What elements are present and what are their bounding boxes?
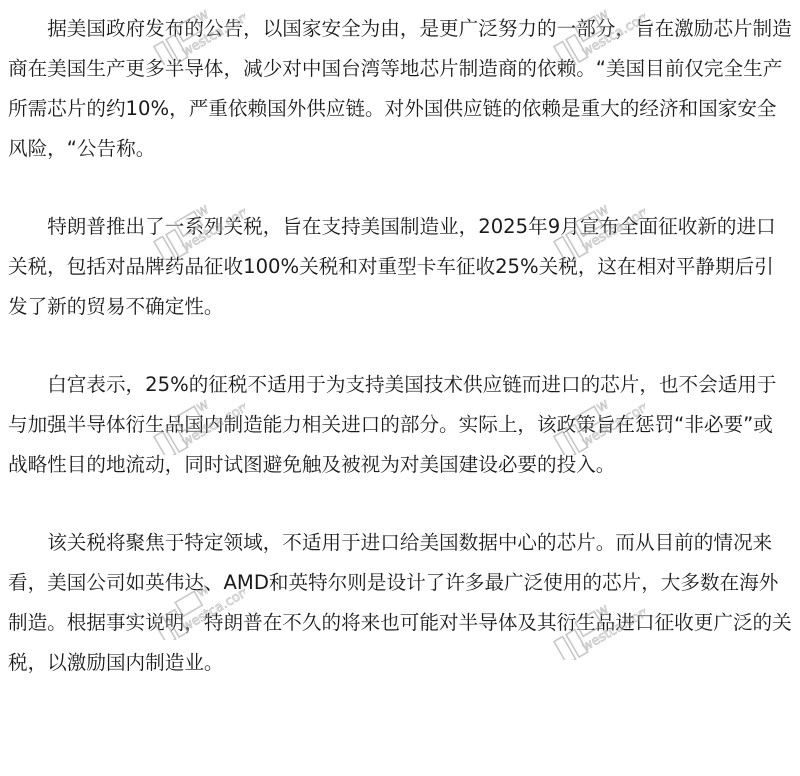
paragraph-1: 据美国政府发布的公告，以国家安全为由，是更广泛努力的一部分，旨在激励芯片制造商在… — [8, 9, 792, 169]
article-body: 据美国政府发布的公告，以国家安全为由，是更广泛努力的一部分，旨在激励芯片制造商在… — [8, 9, 792, 721]
paragraph-4: 该关税将聚焦于特定领域，不适用于进口给美国数据中心的芯片。而从目前的情况来看，美… — [8, 523, 792, 683]
paragraph-3: 白宫表示，25%的征税不适用于为支持美国技术供应链而进口的芯片，也不会适用于与加… — [8, 365, 792, 485]
paragraph-2: 特朗普推出了一系列关税，旨在支持美国制造业，2025年9月宣布全面征收新的进口关… — [8, 207, 792, 327]
